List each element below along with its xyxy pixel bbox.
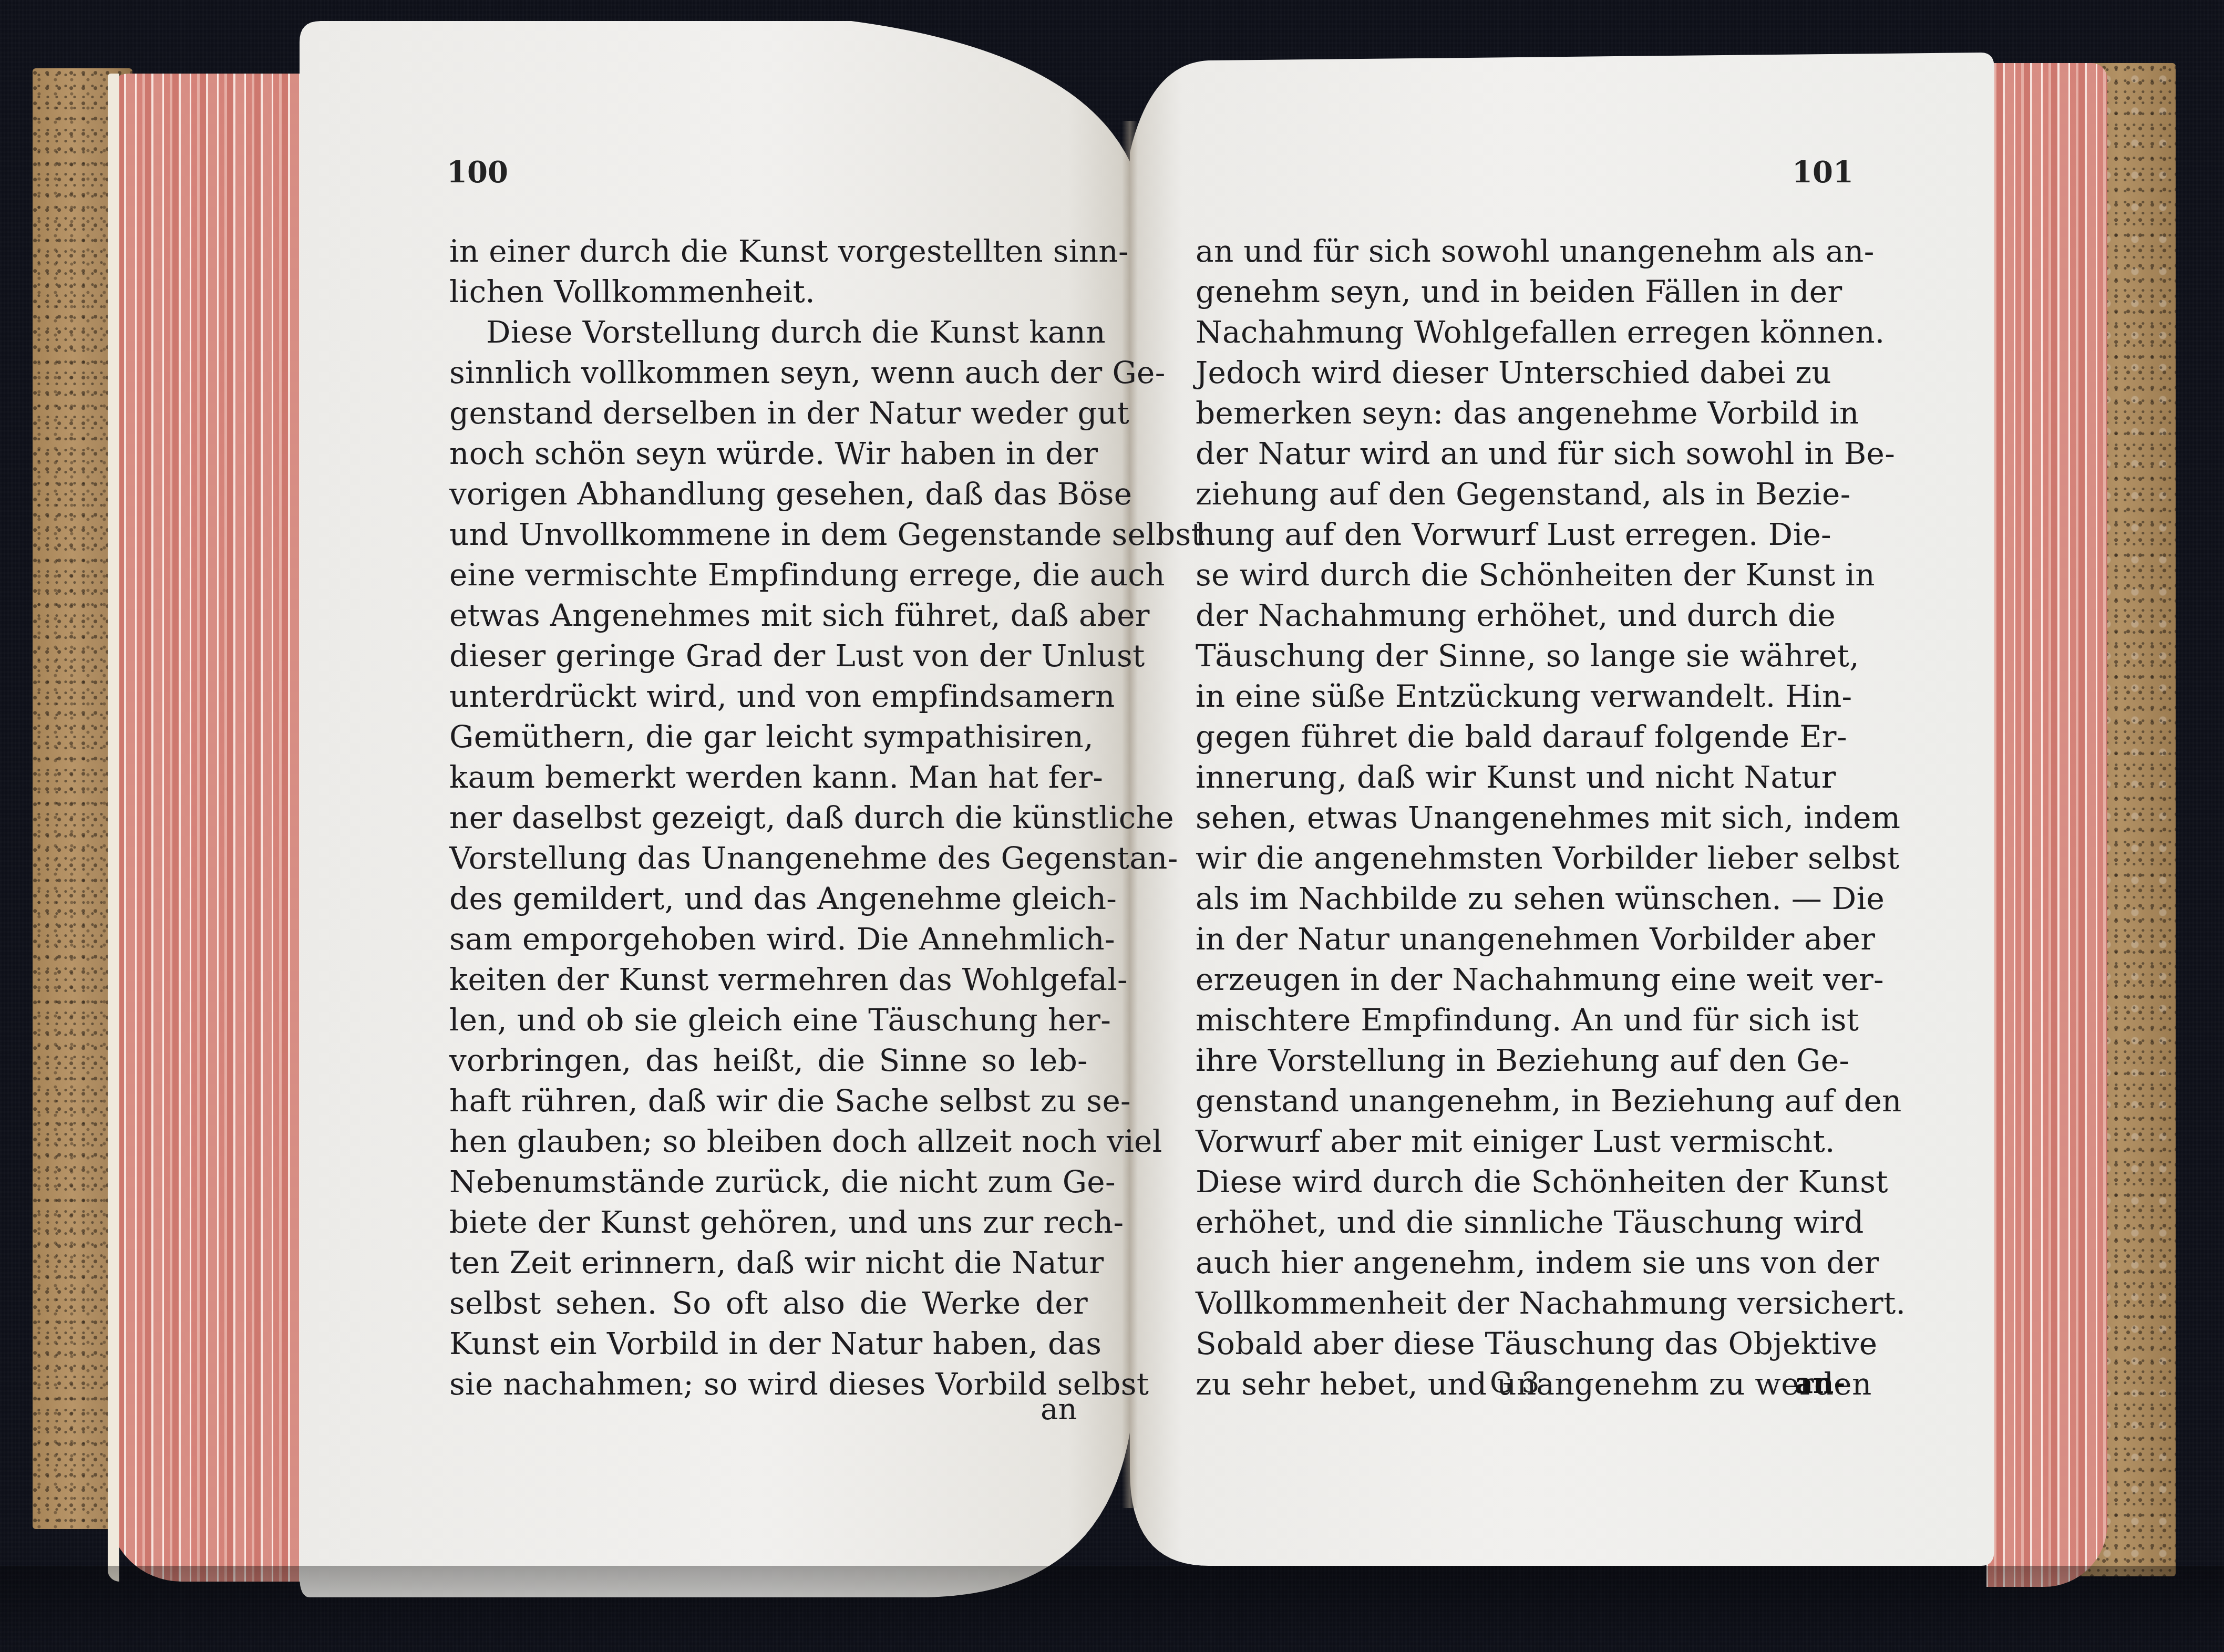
text-line: und Unvollkommene in dem Gegenstande sel… bbox=[449, 514, 1088, 555]
text-line: sam emporgehoben wird. Die Annehmlich- bbox=[449, 919, 1088, 959]
text-line: erzeugen in der Nachahmung eine weit ver… bbox=[1196, 959, 1831, 1000]
text-line: noch schön seyn würde. Wir haben in der bbox=[449, 433, 1088, 474]
text-line: des gemildert, und das Angenehme gleich- bbox=[449, 879, 1088, 919]
text-line: genstand derselben in der Natur weder gu… bbox=[449, 393, 1088, 433]
text-line: Sobald aber diese Täuschung das Objektiv… bbox=[1196, 1324, 1831, 1364]
text-line: in eine süße Entzückung verwandelt. Hin- bbox=[1196, 676, 1831, 717]
text-line: Diese Vorstellung durch die Kunst kann bbox=[449, 312, 1088, 353]
text-line: Diese wird durch die Schönheiten der Kun… bbox=[1196, 1162, 1831, 1202]
text-line: eine vermischte Empfindung errege, die a… bbox=[449, 555, 1088, 595]
book-photo: 100 101 in einer durch die Kunst vorgest… bbox=[0, 0, 2224, 1652]
text-line: ten Zeit erinnern, daß wir nicht die Nat… bbox=[449, 1243, 1088, 1283]
text-line: haft rühren, daß wir die Sache selbst zu… bbox=[449, 1081, 1088, 1121]
table-shadow bbox=[0, 1566, 2224, 1652]
text-line: in einer durch die Kunst vorgestellten s… bbox=[449, 231, 1088, 272]
text-line: sinnlich vollkommen seyn, wenn auch der … bbox=[449, 353, 1088, 393]
text-line: auch hier angenehm, indem sie uns von de… bbox=[1196, 1243, 1831, 1283]
text-line: ziehung auf den Gegenstand, als in Bezie… bbox=[1196, 474, 1831, 514]
page-number-left: 100 bbox=[447, 155, 508, 190]
text-line: der Natur wird an und für sich sowohl in… bbox=[1196, 433, 1831, 474]
text-line: biete der Kunst gehören, und uns zur rec… bbox=[449, 1202, 1088, 1243]
text-line: selbst sehen. So oft also die Werke der bbox=[449, 1283, 1088, 1324]
text-line: an und für sich sowohl unangenehm als an… bbox=[1196, 231, 1831, 272]
text-line: innerung, daß wir Kunst und nicht Natur bbox=[1196, 757, 1831, 798]
text-line: ner daselbst gezeigt, daß durch die küns… bbox=[449, 798, 1088, 838]
right-page-text: an und für sich sowohl unangenehm als an… bbox=[1196, 231, 1831, 1405]
catchword-right: an- bbox=[1795, 1366, 1846, 1400]
text-line: se wird durch die Schönheiten der Kunst … bbox=[1196, 555, 1831, 595]
text-line: Täuschung der Sinne, so lange sie währet… bbox=[1196, 636, 1831, 676]
text-line: als im Nachbilde zu sehen wünschen. — Di… bbox=[1196, 879, 1831, 919]
text-line: Nebenumstände zurück, die nicht zum Ge- bbox=[449, 1162, 1088, 1202]
text-line: mischtere Empfindung. An und für sich is… bbox=[1196, 1000, 1831, 1040]
text-line: Gemüthern, die gar leicht sympathisiren, bbox=[449, 717, 1088, 757]
text-line: wir die angenehmsten Vorbilder lieber se… bbox=[1196, 838, 1831, 879]
text-line: etwas Angenehmes mit sich führet, daß ab… bbox=[449, 595, 1088, 636]
text-line: len, und ob sie gleich eine Täuschung he… bbox=[449, 1000, 1088, 1040]
text-line: vorigen Abhandlung gesehen, daß das Böse bbox=[449, 474, 1088, 514]
text-line: sehen, etwas Unangenehmes mit sich, inde… bbox=[1196, 798, 1831, 838]
text-line: sie nachahmen; so wird dieses Vorbild se… bbox=[449, 1364, 1088, 1405]
text-line: Vorstellung das Unangenehme des Gegensta… bbox=[449, 838, 1088, 879]
page-number-right: 101 bbox=[1792, 155, 1854, 190]
text-line: keiten der Kunst vermehren das Wohlgefal… bbox=[449, 959, 1088, 1000]
text-line: hung auf den Vorwurf Lust erregen. Die- bbox=[1196, 514, 1831, 555]
text-line: gegen führet die bald darauf folgende Er… bbox=[1196, 717, 1831, 757]
text-line: hen glauben; so bleiben doch allzeit noc… bbox=[449, 1121, 1088, 1162]
text-line: Kunst ein Vorbild in der Natur haben, da… bbox=[449, 1324, 1088, 1364]
text-line: dieser geringe Grad der Lust von der Unl… bbox=[449, 636, 1088, 676]
text-line: erhöhet, und die sinnliche Täuschung wir… bbox=[1196, 1202, 1831, 1243]
catchword-left: an bbox=[1041, 1392, 1077, 1427]
text-line: ihre Vorstellung in Beziehung auf den Ge… bbox=[1196, 1040, 1831, 1081]
text-line: bemerken seyn: das angenehme Vorbild in bbox=[1196, 393, 1831, 433]
text-line: der Nachahmung erhöhet, und durch die bbox=[1196, 595, 1831, 636]
text-line: Jedoch wird dieser Unterschied dabei zu bbox=[1196, 353, 1831, 393]
signature-mark: G 3 bbox=[1490, 1366, 1540, 1399]
text-line: Nachahmung Wohlgefallen erregen können. bbox=[1196, 312, 1831, 353]
left-page-edges bbox=[108, 74, 305, 1582]
text-line: Vollkommenheit der Nachahmung versichert… bbox=[1196, 1283, 1831, 1324]
right-page-edges bbox=[1986, 63, 2107, 1587]
text-line: kaum bemerkt werden kann. Man hat fer- bbox=[449, 757, 1088, 798]
text-line: genstand unangenehm, in Beziehung auf de… bbox=[1196, 1081, 1831, 1121]
text-line: lichen Vollkommenheit. bbox=[449, 272, 1088, 312]
text-line: in der Natur unangenehmen Vorbilder aber bbox=[1196, 919, 1831, 959]
left-page-text: in einer durch die Kunst vorgestellten s… bbox=[449, 231, 1088, 1405]
text-line: vorbringen, das heißt, die Sinne so leb- bbox=[449, 1040, 1088, 1081]
text-line: Vorwurf aber mit einiger Lust vermischt. bbox=[1196, 1121, 1831, 1162]
text-line: genehm seyn, und in beiden Fällen in der bbox=[1196, 272, 1831, 312]
text-line: unterdrückt wird, und von empfindsamern bbox=[449, 676, 1088, 717]
